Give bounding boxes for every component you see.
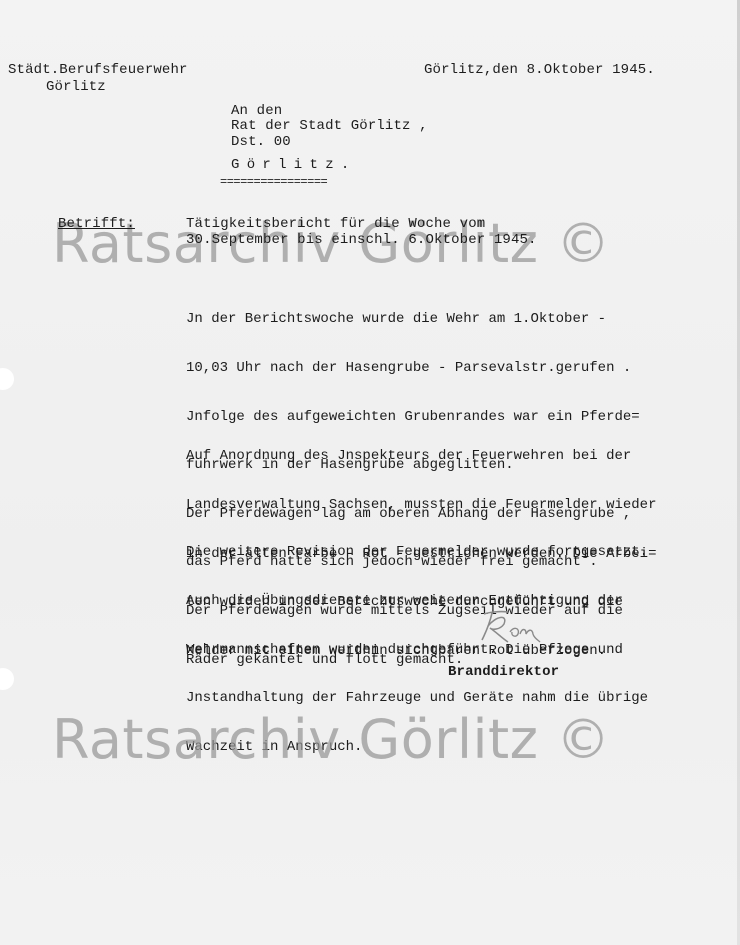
recipient-name: Rat der Stadt Görlitz , [231,118,428,134]
punch-hole-bottom [0,668,14,690]
paragraph-line: Die weitere Revision der Feuermelder wur… [186,544,648,560]
subject-line-2: 30.September bis einschl. 6.Oktober 1945… [186,232,537,248]
subject-line-1: Tätigkeitsbericht für die Woche vom [186,216,485,232]
paragraph-line: 10,03 Uhr nach der Hasengrube - Parseval… [186,360,640,376]
date-line: Görlitz,den 8.Oktober 1945. [424,62,655,78]
paragraph-line: Auch die Übungsdienste zur weiteren Ertü… [186,593,648,609]
handwritten-signature [478,608,542,650]
recipient-city: Görlitz. [231,157,357,173]
paragraph-line: Wehrmannschaften wurden durchgeführt. Di… [186,642,648,658]
paragraph-line: Jnstandhaltung der Fahrzeuge und Geräte … [186,690,648,706]
subject-label: Betrifft: [58,216,135,232]
punch-hole-top [0,368,14,390]
paragraph-maintenance: Die weitere Revision der Feuermelder wur… [186,512,648,787]
recipient-salutation: An den [231,103,282,119]
paragraph-line: Auf Anordnung des Jnspekteurs der Feuerw… [186,448,656,464]
paragraph-line: Wachzeit in Anspruch. [186,739,648,755]
sender-organization: Städt.Berufsfeuerwehr [8,62,188,78]
recipient-department: Dst. 00 [231,134,291,150]
sender-city: Görlitz [46,79,106,95]
paragraph-line: Jn der Berichtswoche wurde die Wehr am 1… [186,311,640,327]
signer-title: Branddirektor [448,664,559,680]
document-page: Städt.Berufsfeuerwehr Görlitz Görlitz,de… [0,0,740,945]
paragraph-line: Landesverwaltung Sachsen, mussten die Fe… [186,497,656,513]
recipient-underline-rule: ================ [220,174,327,190]
